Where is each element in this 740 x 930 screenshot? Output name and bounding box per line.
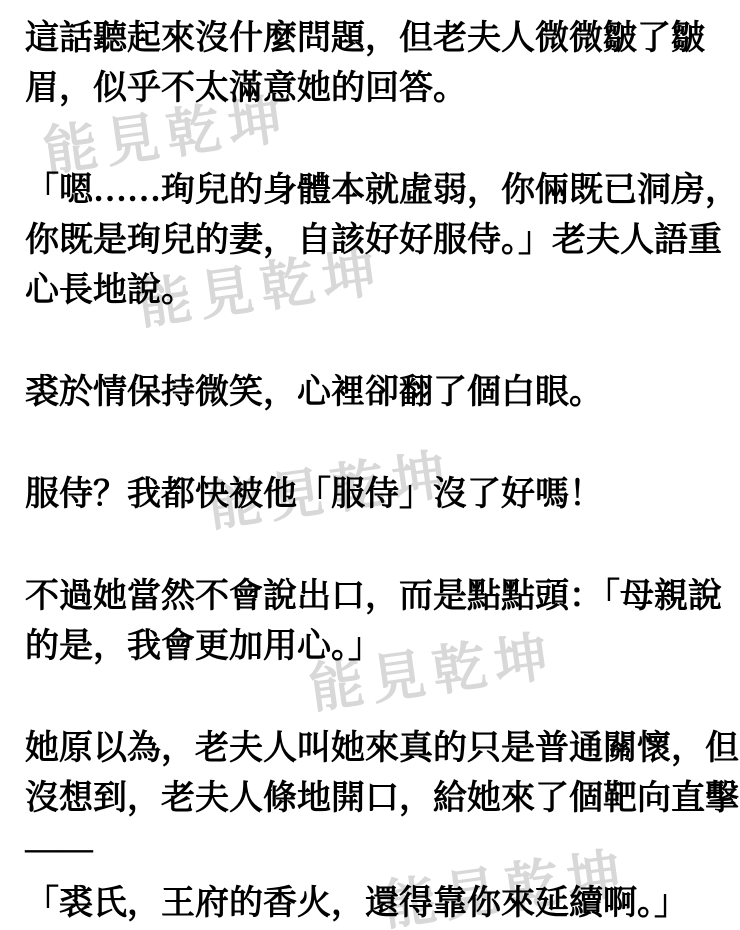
text-line: 「裘氏，王府的香火，還得靠你來延續啊。」 [25,879,730,929]
text-line: 沒想到，老夫人條地開口，給她來了個靶向直擊 [25,774,730,824]
text-line: 這話聽起來沒什麼問題，但老夫人微微皺了皺 [25,14,730,64]
paragraph: 不過她當然不會說出口，而是點點頭：「母親說的是，我會更加用心。」 [25,572,730,672]
text-line: 你既是珣兒的妻，自該好好服侍。」老夫人語重 [25,216,730,266]
paragraph: 「嗯……珣兒的身體本就虛弱，你倆既已洞房，你既是珣兒的妻，自該好好服侍。」老夫人… [25,166,730,316]
paragraph: 她原以為，老夫人叫她來真的只是普通關懷，但沒想到，老夫人條地開口，給她來了個靶向… [25,724,730,874]
text-line: 不過她當然不會說出口，而是點點頭：「母親說 [25,572,730,622]
novel-reader-page: 能見乾坤能見乾坤能見乾坤能見乾坤能見乾坤 這話聽起來沒什麼問題，但老夫人微微皺了… [0,0,740,930]
text-line: 心長地說。 [25,266,730,316]
paragraph: 服侍？我都快被他「服侍」沒了好嗎！ [25,470,730,520]
document-body: 這話聽起來沒什麼問題，但老夫人微微皺了皺眉，似乎不太滿意她的回答。「嗯……珣兒的… [25,14,730,929]
text-line: —— [25,824,730,874]
text-line: 「嗯……珣兒的身體本就虛弱，你倆既已洞房， [25,166,730,216]
text-line: 的是，我會更加用心。」 [25,622,730,672]
paragraph: 裘於情保持微笑，心裡卻翻了個白眼。 [25,368,730,418]
text-line: 眉，似乎不太滿意她的回答。 [25,64,730,114]
text-line: 她原以為，老夫人叫她來真的只是普通關懷，但 [25,724,730,774]
paragraph: 「裘氏，王府的香火，還得靠你來延續啊。」 [25,879,730,929]
text-line: 裘於情保持微笑，心裡卻翻了個白眼。 [25,368,730,418]
text-line: 服侍？我都快被他「服侍」沒了好嗎！ [25,470,730,520]
paragraph: 這話聽起來沒什麼問題，但老夫人微微皺了皺眉，似乎不太滿意她的回答。 [25,14,730,114]
